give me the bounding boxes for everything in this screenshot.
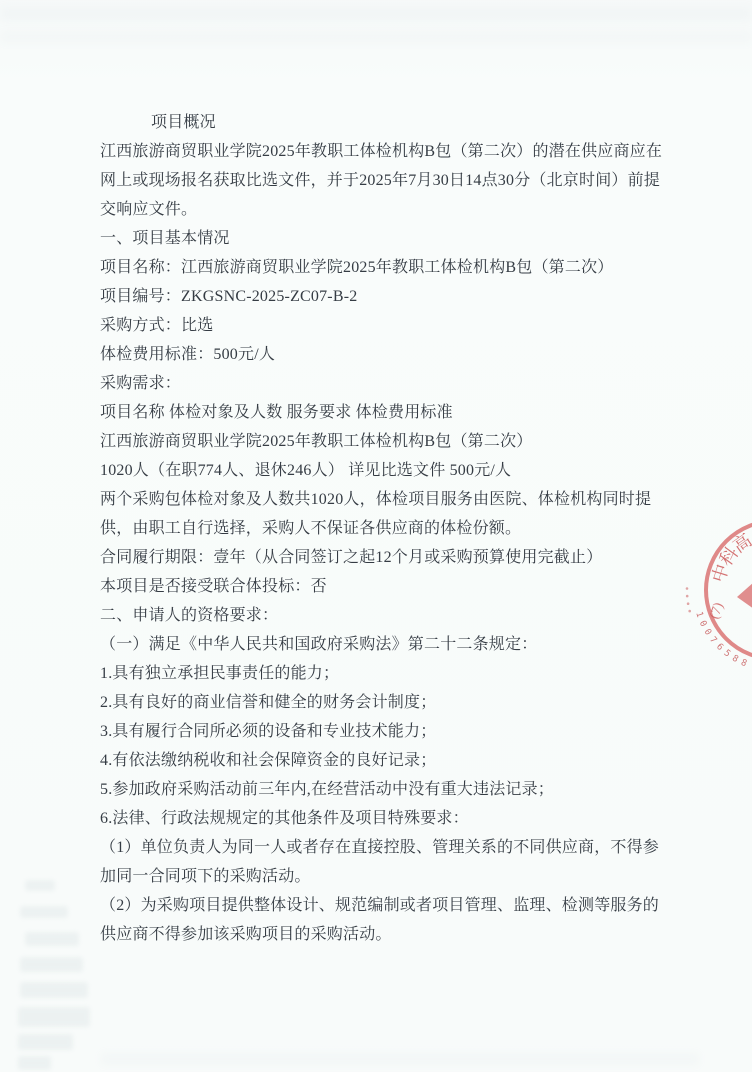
seal-serial-digit: 7 xyxy=(707,635,718,646)
seal-serial-digit: 1 xyxy=(693,611,704,619)
seal-branch-number: (7) xyxy=(707,600,727,621)
document-line: 本项目是否接受联合体投标：否 xyxy=(100,572,656,601)
document-line: 项目名称：江西旅游商贸职业学院2025年教职工体检机构B包（第二次） xyxy=(100,253,656,282)
document-line: 项目概况 xyxy=(100,108,656,137)
seal-serial-digit: 5 xyxy=(722,648,732,659)
document-line: 5.参加政府采购活动前三年内,在经营活动中没有重大违法记录； xyxy=(100,775,656,804)
scan-smudge xyxy=(20,982,88,998)
scan-streak xyxy=(100,1052,700,1066)
document-line: 2.具有良好的商业信誉和健全的财务会计制度； xyxy=(100,688,656,717)
document-line: 1.具有独立承担民事责任的能力； xyxy=(100,659,656,688)
document-line: 江西旅游商贸职业学院2025年教职工体检机构B包（第二次）的潜在供应商应在 xyxy=(100,137,656,166)
seal-serial-dot xyxy=(688,610,691,613)
document-line: 项目名称 体检对象及人数 服务要求 体检费用标准 xyxy=(100,398,656,427)
scan-smudge xyxy=(18,1007,90,1027)
scan-streak xyxy=(0,30,752,44)
scanned-document-page: 项目概况江西旅游商贸职业学院2025年教职工体检机构B包（第二次）的潜在供应商应… xyxy=(0,0,752,1072)
scan-smudge xyxy=(25,880,55,891)
seal-serial-digit: 0 xyxy=(697,619,708,628)
scan-smudge xyxy=(18,1056,51,1070)
document-line: 交响应文件。 xyxy=(100,195,656,224)
document-line: （1）单位负责人为同一人或者存在直接控股、管理关系的不同供应商，不得参 xyxy=(100,833,656,862)
scan-streak xyxy=(0,6,752,22)
document-line: 4.有依法缴纳税收和社会保障资金的良好记录； xyxy=(100,746,656,775)
document-line: 项目编号：ZKGSNC-2025-ZC07-B-2 xyxy=(100,282,656,311)
document-line: 供应商不得参加该采购项目的采购活动。 xyxy=(100,920,656,949)
document-body: 项目概况江西旅游商贸职业学院2025年教职工体检机构B包（第二次）的潜在供应商应… xyxy=(100,108,656,949)
document-line: 6.法律、行政法规规定的其他条件及项目特殊要求： xyxy=(100,804,656,833)
document-line: 两个采购包体检对象及人数共1020人，体检项目服务由医院、体检机构同时提 xyxy=(100,485,656,514)
document-line: 3.具有履行合同所必须的设备和专业技术能力； xyxy=(100,717,656,746)
seal-serial-digit: 8 xyxy=(739,658,748,669)
document-line: 采购方式：比选 xyxy=(100,311,656,340)
seal-serial-dot xyxy=(687,602,690,605)
seal-serial-dot xyxy=(686,587,689,590)
document-line: 加同一合同项下的采购活动。 xyxy=(100,862,656,891)
document-line: 采购需求： xyxy=(100,369,656,398)
scan-smudge xyxy=(18,1034,73,1050)
document-line: 合同履行期限：壹年（从合同签订之起12个月或采购预算使用完截止） xyxy=(100,543,656,572)
document-line: 供，由职工自行选择，采购人不保证各供应商的体检份额。 xyxy=(100,514,656,543)
seal-serial-digit: 6 xyxy=(714,642,725,653)
scan-smudge xyxy=(25,932,79,946)
seal-serial-digit: 0 xyxy=(702,627,713,637)
scan-smudge xyxy=(20,906,68,918)
document-line: 1020人（在职774人、退休246人） 详见比选文件 500元/人 xyxy=(100,456,656,485)
document-line: 体检费用标准：500元/人 xyxy=(100,340,656,369)
document-line: 网上或现场报名获取比选文件，并于2025年7月30日14点30分（北京时间）前提 xyxy=(100,166,656,195)
seal-serial-dot xyxy=(686,595,689,598)
document-line: （一）满足《中华人民共和国政府采购法》第二十二条规定： xyxy=(100,630,656,659)
document-line: （2）为采购项目提供整体设计、规范编制或者项目管理、监理、检测等服务的 xyxy=(100,891,656,920)
document-line: 一、项目基本情况 xyxy=(100,224,656,253)
scan-smudge xyxy=(20,957,83,972)
seal-star-icon xyxy=(737,582,752,609)
official-seal: 中 科 高 (7) 1 0 0 7 6 5 8 8 xyxy=(622,480,752,700)
document-line: 江西旅游商贸职业学院2025年教职工体检机构B包（第二次） xyxy=(100,427,656,456)
document-line: 二、申请人的资格要求： xyxy=(100,601,656,630)
seal-serial-digit: 8 xyxy=(730,654,740,665)
